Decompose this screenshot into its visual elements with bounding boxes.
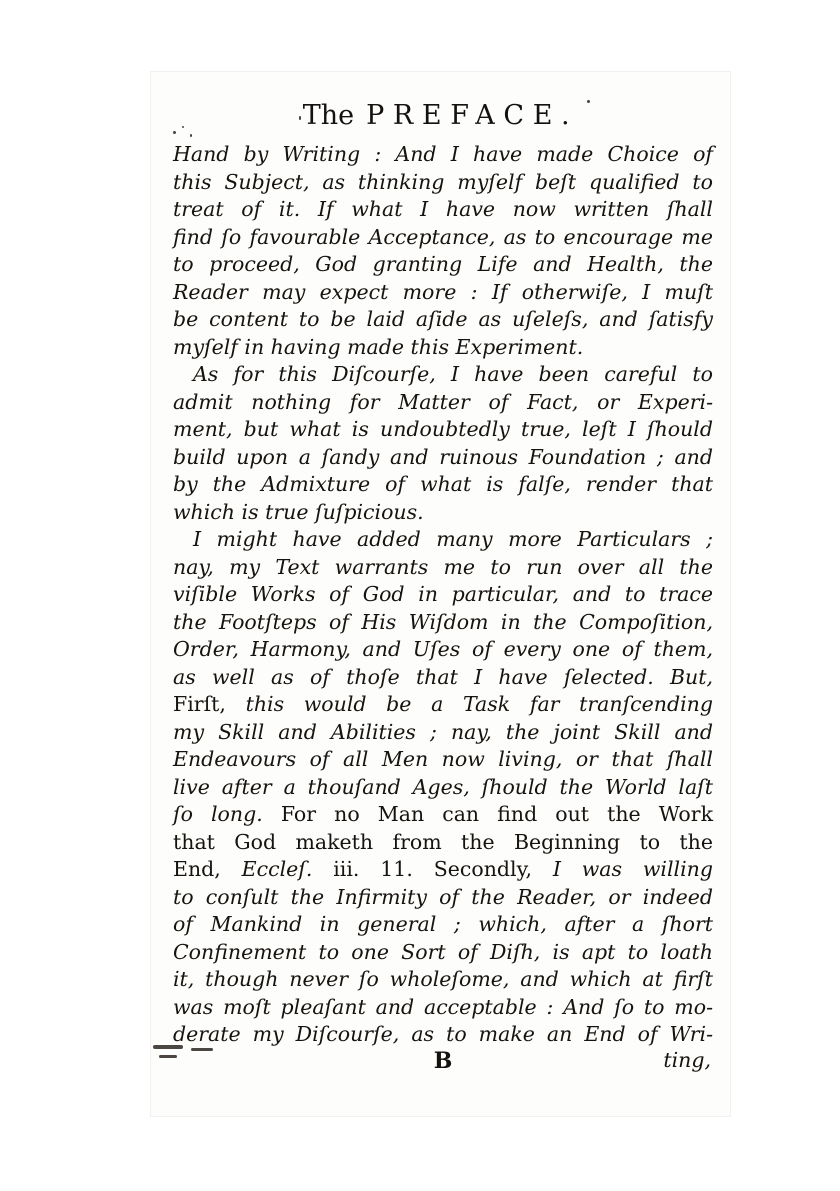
text-segment: iii. 11. Secondly, — [312, 857, 552, 881]
text-line: Hand by Writing : And I have made Choice… — [173, 141, 713, 169]
text-line: of Mankind in general ; which, after a ſ… — [173, 911, 713, 939]
text-segment: ſo long. — [173, 802, 281, 826]
text-line: I might have added many more Particulars… — [173, 526, 713, 554]
text-line: this Subject, as thinking myſelf beſt qu… — [173, 169, 713, 197]
ink-speck — [173, 131, 176, 134]
text-segment: live after a thouſand Ages, ſhould the W… — [173, 775, 713, 799]
text-line: find ſo favourable Acceptance, as to enc… — [173, 224, 713, 252]
text-segment: For no Man can find out the Work — [281, 802, 713, 826]
text-segment: I was willing — [553, 857, 713, 881]
text-segment: As for this Diſcourſe, I have been caref… — [193, 362, 713, 386]
text-segment: admit nothing for Matter of Fact, or Exp… — [173, 390, 713, 414]
text-segment: Eccleſ. — [242, 857, 313, 881]
text-line: ſo long. For no Man can find out the Wor… — [173, 801, 713, 829]
text-segment: nay, my Text warrants me to run over all… — [173, 555, 713, 579]
text-segment: I might have added many more Particulars… — [193, 527, 713, 551]
text-segment: the Footſteps of His Wiſdom in the Compo… — [173, 610, 713, 634]
text-line: Confinement to one Sort of Diſh, is apt … — [173, 939, 713, 967]
text-line: As for this Diſcourſe, I have been caref… — [173, 361, 713, 389]
text-line: my Skill and Abilities ; nay, the joint … — [173, 719, 713, 747]
text-segment: End, — [173, 857, 242, 881]
signature-mark: B — [434, 1048, 453, 1074]
text-line: live after a thouſand Ages, ſhould the W… — [173, 774, 713, 802]
text-line: the Footſteps of His Wiſdom in the Compo… — [173, 609, 713, 637]
text-line: build upon a ſandy and ruinous Foundatio… — [173, 444, 713, 472]
text-line: by the Admixture of what is falſe, rende… — [173, 471, 713, 499]
ink-speck — [159, 1055, 177, 1058]
text-line: to conſult the Infirmity of the Reader, … — [173, 884, 713, 912]
text-segment: build upon a ſandy and ruinous Foundatio… — [173, 445, 713, 469]
ink-speck — [587, 100, 590, 103]
text-segment: Firſt, — [173, 692, 246, 716]
ink-speck — [182, 126, 184, 128]
text-line: derate my Diſcourſe, as to make an End o… — [173, 1021, 713, 1049]
text-line: to proceed, God granting Life and Health… — [173, 251, 713, 279]
text-line: which is true ſuſpicious. — [173, 499, 713, 527]
text-line: as well as of thoſe that I have ſelected… — [173, 664, 713, 692]
scanned-book-view: ThePREFACE. Hand by Writing : And I have… — [0, 0, 840, 1191]
text-segment: Order, Harmony, and Uſes of every one of… — [173, 637, 713, 661]
catchword: ting, — [663, 1048, 711, 1072]
text-lines: Hand by Writing : And I have made Choice… — [173, 141, 713, 1049]
ink-speck — [191, 1048, 213, 1051]
book-page: ThePREFACE. Hand by Writing : And I have… — [150, 71, 731, 1117]
text-segment: Hand by Writing : And I have made Choice… — [173, 142, 713, 166]
text-segment: to conſult the Infirmity of the Reader, … — [173, 885, 713, 909]
text-segment: Confinement to one Sort of Diſh, is apt … — [173, 940, 713, 964]
text-line: Order, Harmony, and Uſes of every one of… — [173, 636, 713, 664]
text-segment: this would be a Task far tranſcending — [246, 692, 713, 716]
text-line: Reader may expect more : If otherwiſe, I… — [173, 279, 713, 307]
text-segment: it, though never ſo wholeſome, and which… — [173, 967, 713, 991]
title-lead: The — [303, 100, 354, 131]
footer-line: B ting, — [173, 1048, 713, 1076]
text-segment: to proceed, God granting Life and Health… — [173, 252, 713, 276]
text-segment: myſelf in having made this Experiment. — [173, 335, 583, 359]
text-segment: ment, but what is undoubtedly true, leſt… — [173, 417, 713, 441]
text-line: was moſt pleaſant and acceptable : And ſ… — [173, 994, 713, 1022]
title-caps: PREFACE. — [366, 100, 578, 131]
text-segment: this Subject, as thinking myſelf beſt qu… — [173, 170, 713, 194]
text-segment: as well as of thoſe that I have ſelected… — [173, 665, 713, 689]
text-segment: Endeavours of all Men now living, or tha… — [173, 747, 713, 771]
ink-speck — [153, 1045, 183, 1049]
text-line: treat of it. If what I have now written … — [173, 196, 713, 224]
text-line: End, Eccleſ. iii. 11. Secondly, I was wi… — [173, 856, 713, 884]
text-segment: was moſt pleaſant and acceptable : And ſ… — [173, 995, 713, 1019]
text-line: Firſt, this would be a Task far tranſcen… — [173, 691, 713, 719]
ink-speck — [190, 134, 192, 137]
text-line: ment, but what is undoubtedly true, leſt… — [173, 416, 713, 444]
text-line: be content to be laid aſide as uſeleſs, … — [173, 306, 713, 334]
text-segment: of Mankind in general ; which, after a ſ… — [173, 912, 713, 936]
text-line: it, though never ſo wholeſome, and which… — [173, 966, 713, 994]
text-line: admit nothing for Matter of Fact, or Exp… — [173, 389, 713, 417]
text-segment: by the Admixture of what is falſe, rende… — [173, 472, 713, 496]
text-segment: Reader may expect more : If otherwiſe, I… — [173, 280, 713, 304]
text-line: that God maketh from the Beginning to th… — [173, 829, 713, 857]
text-line: viſible Works of God in particular, and … — [173, 581, 713, 609]
text-line: Endeavours of all Men now living, or tha… — [173, 746, 713, 774]
text-segment: that God maketh from the Beginning to th… — [173, 830, 713, 854]
text-segment: which is true ſuſpicious. — [173, 500, 424, 524]
text-segment: find ſo favourable Acceptance, as to enc… — [173, 225, 713, 249]
page-title: ThePREFACE. — [151, 99, 730, 133]
text-line: nay, my Text warrants me to run over all… — [173, 554, 713, 582]
text-line: myſelf in having made this Experiment. — [173, 334, 713, 362]
text-segment: viſible Works of God in particular, and … — [173, 582, 713, 606]
text-segment: derate my Diſcourſe, as to make an End o… — [173, 1022, 713, 1046]
text-segment: be content to be laid aſide as uſeleſs, … — [173, 307, 713, 331]
text-segment: my Skill and Abilities ; nay, the joint … — [173, 720, 713, 744]
text-segment: treat of it. If what I have now written … — [173, 197, 713, 221]
ink-speck — [299, 116, 301, 120]
